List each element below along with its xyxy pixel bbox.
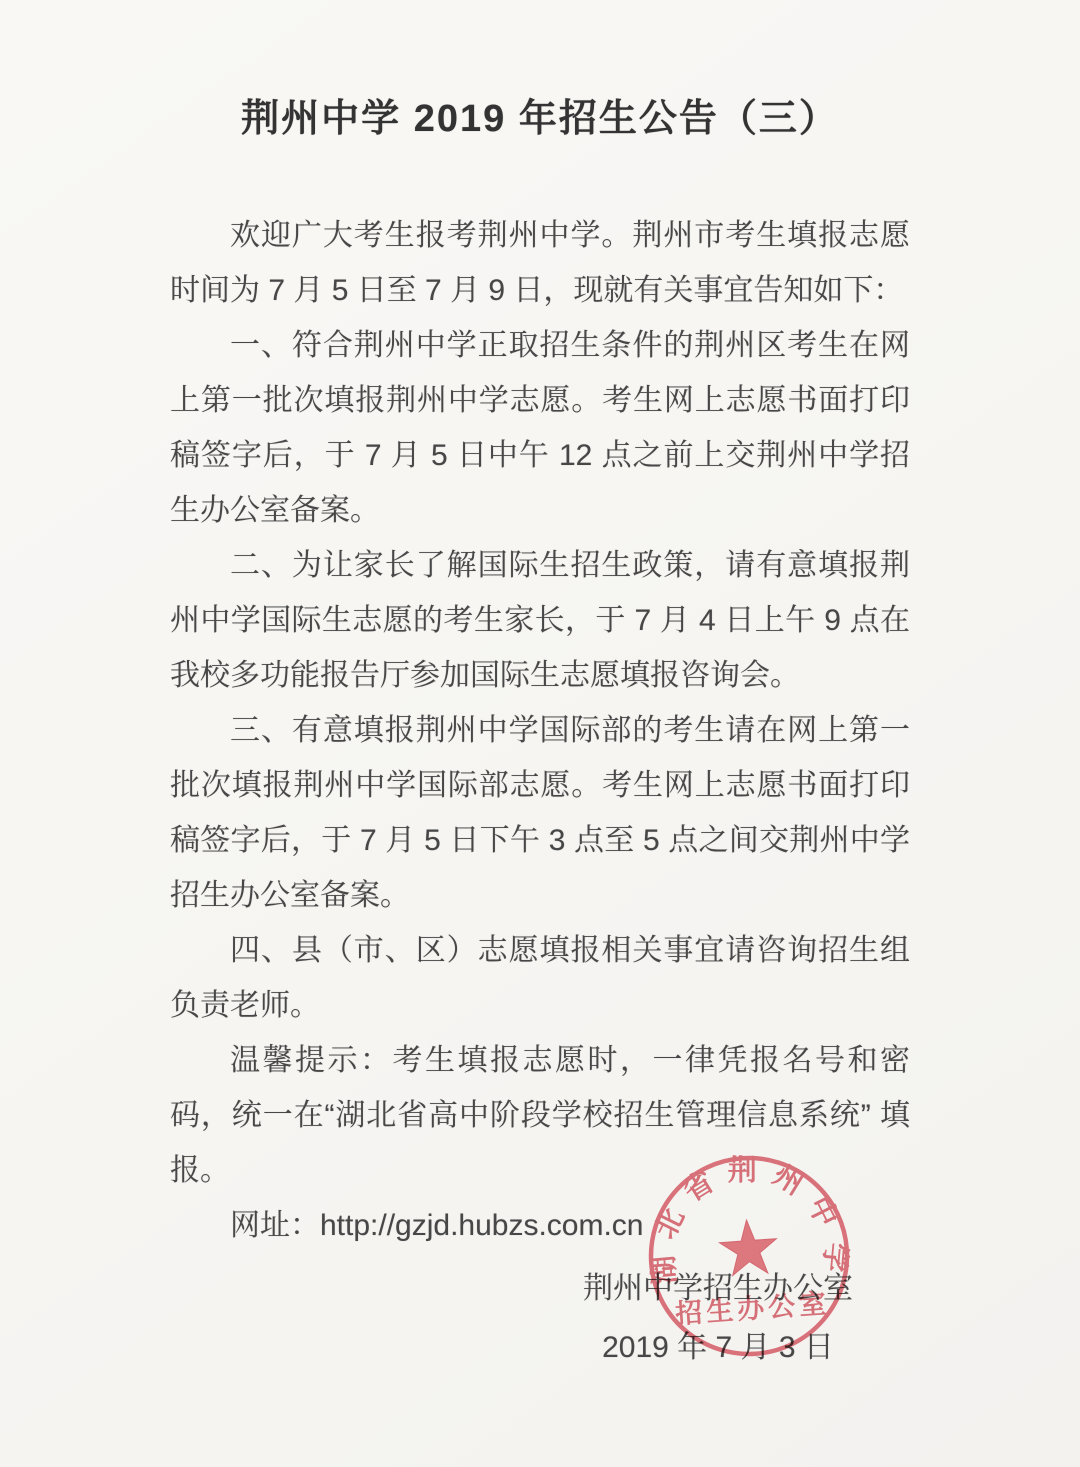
seal-bottom-text: 招生办公室 bbox=[674, 1288, 831, 1330]
paragraph-item-3: 三、有意填报荆州中学国际部的考生请在网上第一批次填报荆州中学国际部志愿。考生网上… bbox=[170, 703, 910, 923]
paragraph-item-1: 一、符合荆州中学正取招生条件的荆州区考生在网上第一批次填报荆州中学志愿。考生网上… bbox=[170, 318, 910, 538]
official-seal-stamp: 湖北省荆州中学 招生办公室 bbox=[638, 1145, 860, 1367]
seal-star-icon bbox=[718, 1218, 779, 1276]
paragraph-item-2: 二、为让家长了解国际生招生政策，请有意填报荆州中学国际生志愿的考生家长，于 7 … bbox=[170, 538, 910, 703]
document-title: 荆州中学 2019 年招生公告（三） bbox=[0, 0, 1080, 144]
paragraph-intro: 欢迎广大考生报考荆州中学。荆州市考生填报志愿时间为 7 月 5 日至 7 月 9… bbox=[170, 208, 910, 318]
scanned-document-page: 荆州中学 2019 年招生公告（三） 欢迎广大考生报考荆州中学。荆州市考生填报志… bbox=[0, 0, 1080, 1467]
paragraph-item-4: 四、县（市、区）志愿填报相关事宜请咨询招生组负责老师。 bbox=[170, 923, 910, 1033]
document-body: 欢迎广大考生报考荆州中学。荆州市考生填报志愿时间为 7 月 5 日至 7 月 9… bbox=[170, 208, 910, 1253]
